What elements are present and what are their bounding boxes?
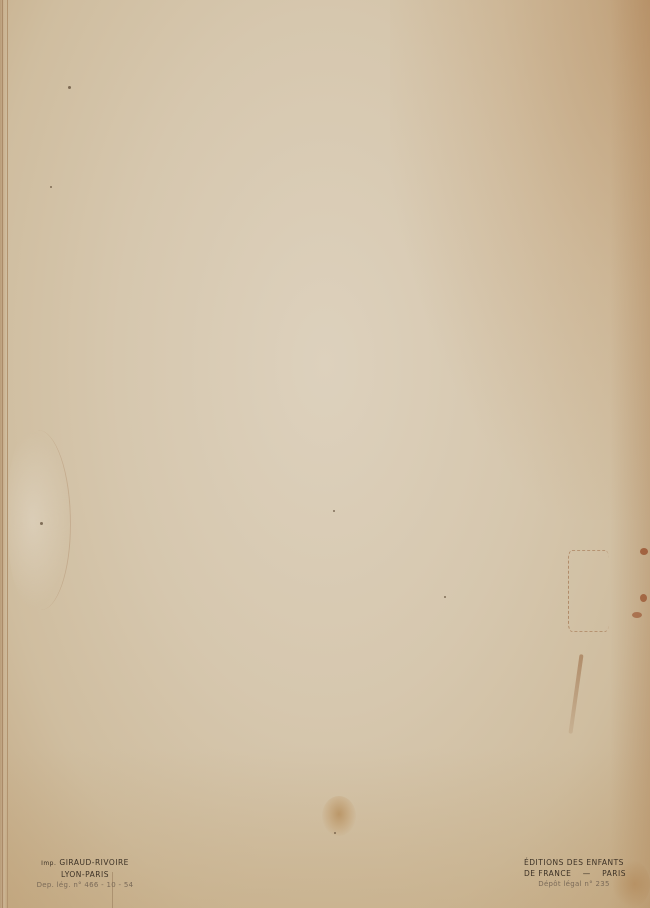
publisher-legal-deposit: Dépôt légal n° 235 <box>516 879 632 890</box>
water-stain-left <box>8 430 71 610</box>
publisher-imprint: ÉDITIONS DES ENFANTS DE FRANCE — PARIS D… <box>516 857 632 890</box>
printer-name: GIRAUD-RIVOIRE <box>59 858 129 867</box>
publisher-name-line2: DE FRANCE — PARIS <box>516 868 632 879</box>
paper-speck <box>444 596 446 598</box>
printer-prefix: Imp. <box>41 860 56 867</box>
paper-speck <box>333 510 335 512</box>
printer-name-line: Imp.GIRAUD-RIVOIRE <box>30 857 140 869</box>
printer-imprint: Imp.GIRAUD-RIVOIRE LYON-PARIS Dep. lég. … <box>30 857 140 891</box>
back-cover-page: Imp.GIRAUD-RIVOIRE LYON-PARIS Dep. lég. … <box>0 0 650 908</box>
publisher-separator: — <box>583 868 591 879</box>
paper-speck <box>40 522 43 525</box>
spine-fold-line <box>2 0 3 908</box>
printer-city: LYON-PARIS <box>30 869 140 880</box>
paper-speck <box>50 186 52 188</box>
tape-mark-right <box>568 550 609 632</box>
publisher-country: DE FRANCE <box>524 868 571 879</box>
publisher-name-line1: ÉDITIONS DES ENFANTS <box>516 857 632 868</box>
paper-speck <box>68 86 71 89</box>
stain-streak-right <box>568 654 583 734</box>
paper-speck <box>334 832 336 834</box>
publisher-city: PARIS <box>602 868 626 879</box>
printer-legal-deposit: Dep. lég. n° 466 - 10 - 54 <box>30 880 140 891</box>
